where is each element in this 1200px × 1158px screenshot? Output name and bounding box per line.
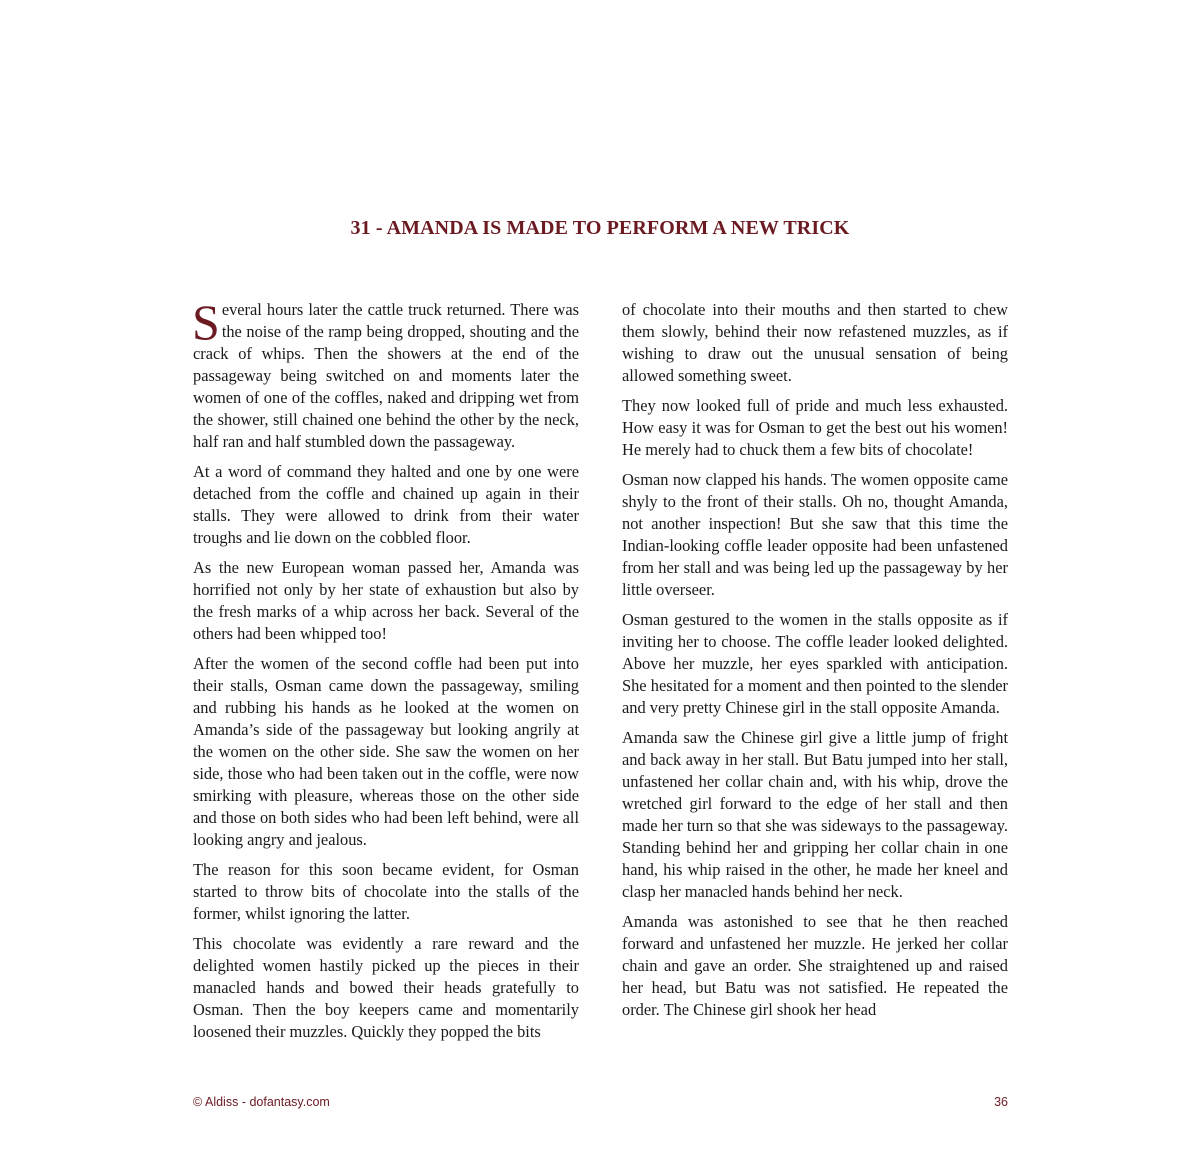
paragraph: They now looked full of pride and much l… xyxy=(622,395,1008,461)
copyright-footer: © Aldiss - dofantasy.com xyxy=(193,1095,330,1109)
page-number: 36 xyxy=(994,1095,1008,1109)
paragraph: As the new European woman passed her, Am… xyxy=(193,557,579,645)
paragraph: Osman gestured to the women in the stall… xyxy=(622,609,1008,719)
chapter-title: 31 - AMANDA IS MADE TO PERFORM A NEW TRI… xyxy=(0,217,1200,240)
paragraph: Amanda saw the Chinese girl give a littl… xyxy=(622,727,1008,903)
paragraph: Several hours later the cattle truck ret… xyxy=(193,299,579,453)
drop-cap: S xyxy=(192,303,220,341)
left-column: Several hours later the cattle truck ret… xyxy=(193,299,579,1051)
paragraph: At a word of command they halted and one… xyxy=(193,461,579,549)
paragraph: Osman now clapped his hands. The women o… xyxy=(622,469,1008,601)
right-column: of chocolate into their mouths and then … xyxy=(622,299,1008,1029)
paragraph: This chocolate was evidently a rare rewa… xyxy=(193,933,579,1043)
paragraph: Amanda was astonished to see that he the… xyxy=(622,911,1008,1021)
book-page: 31 - AMANDA IS MADE TO PERFORM A NEW TRI… xyxy=(0,0,1200,1158)
paragraph: of chocolate into their mouths and then … xyxy=(622,299,1008,387)
paragraph: After the women of the second coffle had… xyxy=(193,653,579,851)
paragraph: The reason for this soon became evident,… xyxy=(193,859,579,925)
